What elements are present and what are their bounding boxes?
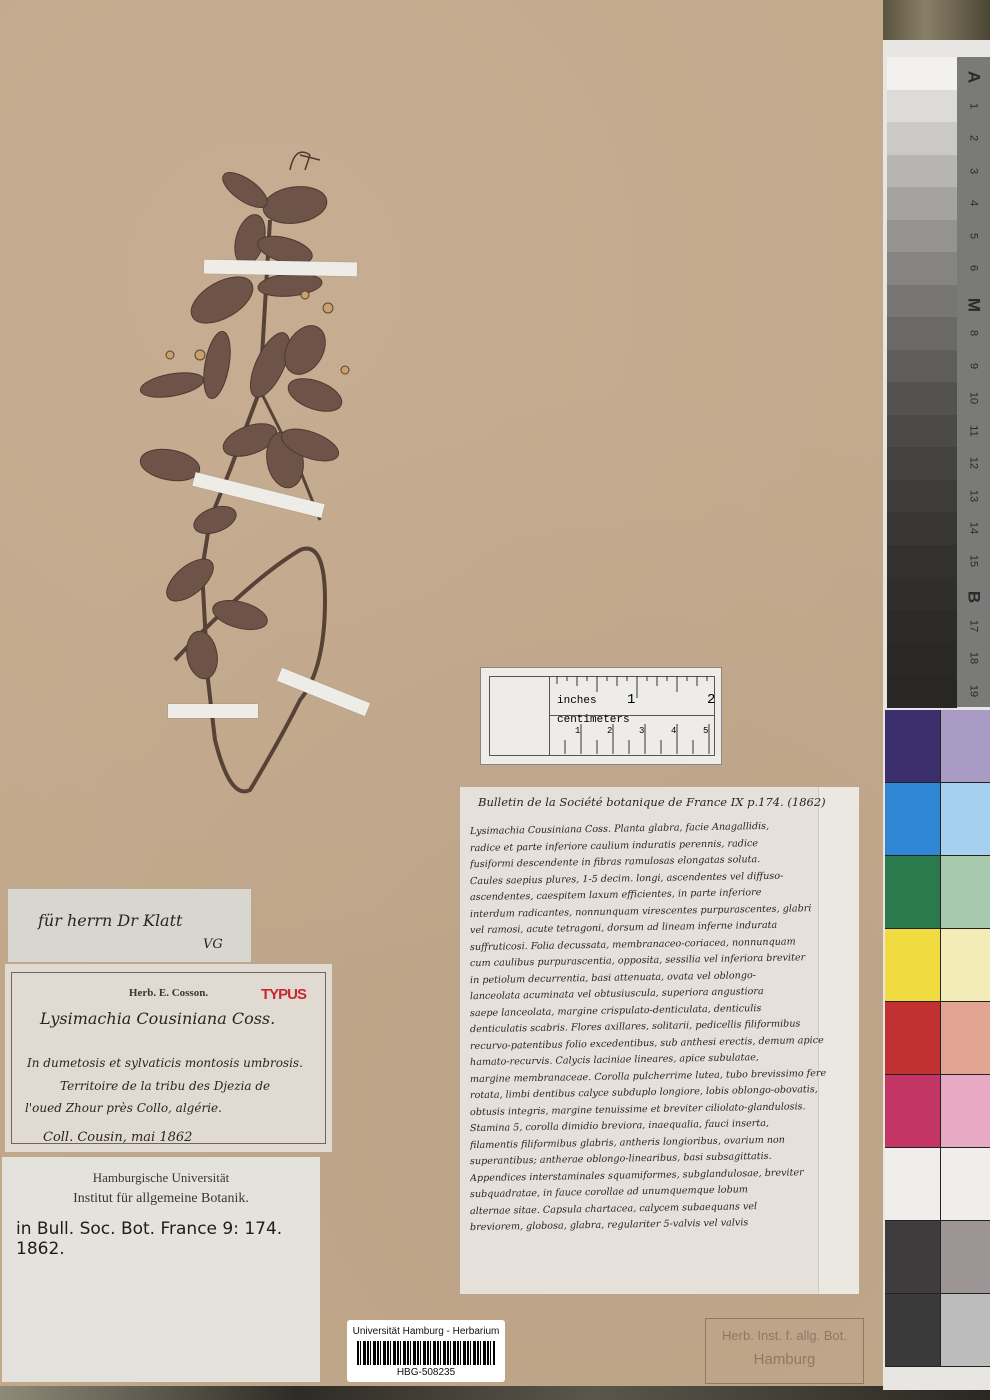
gray-scale-label: 2 — [968, 122, 980, 155]
color-patch-left — [885, 710, 941, 783]
mounting-tape — [168, 704, 258, 718]
gray-step-patch — [887, 285, 957, 318]
color-patch-right — [941, 856, 990, 929]
barcode-title: Universität Hamburg - Herbarium — [347, 1326, 505, 1337]
cosson-label: Herb. E. Cosson. TYPUS Lysimachia Cousin… — [5, 964, 332, 1152]
locality-line-3: l'oued Zhour près Collo, algérie. — [25, 1101, 222, 1115]
description-sheet: Bulletin de la Société botanique de Fran… — [460, 787, 858, 1294]
color-patch-left — [885, 783, 941, 856]
color-patch-left — [885, 1221, 941, 1294]
gray-step-patch — [887, 382, 957, 415]
gray-step-patch — [887, 350, 957, 383]
stamp-line-1: Herb. Inst. f. allg. Bot. — [706, 1324, 863, 1348]
gray-scale-label: 10 — [968, 382, 980, 415]
gray-scale-label: 11 — [968, 414, 980, 447]
gray-scale-label: 14 — [968, 512, 980, 545]
gray-scale-label: 18 — [968, 642, 980, 675]
centimeters-label: centimeters — [557, 714, 630, 726]
color-patch-right — [941, 1075, 990, 1148]
gray-step-patch — [887, 480, 957, 513]
description-title: Bulletin de la Société botanique de Fran… — [478, 795, 826, 809]
scanner-background-bottom — [0, 1386, 990, 1400]
gray-scale-label: 13 — [968, 479, 980, 512]
gray-step-patch — [887, 512, 957, 545]
color-patch-right — [941, 1221, 990, 1294]
barcode-label: Universität Hamburg - Herbarium HBG-5082… — [347, 1320, 505, 1382]
gray-step-patch — [887, 415, 957, 448]
gray-scale-label: 6 — [968, 252, 980, 285]
gray-step-patch — [887, 90, 957, 123]
cm-tick-5: 5 — [703, 726, 708, 736]
gray-step-patch — [887, 155, 957, 188]
inch-tick-2: 2 — [707, 692, 715, 708]
color-patch-right — [941, 1148, 990, 1221]
note-label: für herrn Dr Klatt VG — [8, 889, 251, 962]
color-patch-left — [885, 1002, 941, 1075]
color-patch-right — [941, 1002, 990, 1075]
gray-step-patch — [887, 187, 957, 220]
note-initials: VG — [203, 937, 223, 952]
color-patch-left — [885, 1148, 941, 1221]
gray-scale-label: 15 — [968, 544, 980, 577]
note-text: für herrn Dr Klatt — [38, 911, 182, 930]
mounting-tape — [204, 260, 357, 277]
barcode-id: HBG-508235 — [347, 1367, 505, 1378]
scanner-background — [883, 0, 990, 40]
gray-step-patch — [887, 447, 957, 480]
color-patch-left — [885, 929, 941, 1002]
gray-scale-label: 9 — [968, 349, 980, 382]
color-patch-right — [941, 710, 990, 783]
cm-tick-1: 1 — [575, 726, 580, 736]
gray-step-patch — [887, 317, 957, 350]
gray-scale-label: 5 — [968, 219, 980, 252]
locality-line-1: In dumetosis et sylvaticis montosis umbr… — [27, 1056, 303, 1070]
locality-line-2: Territoire de la tribu des Djezia de — [60, 1079, 270, 1093]
cm-tick-3: 3 — [639, 726, 644, 736]
color-patch-right — [941, 929, 990, 1002]
cm-tick-2: 2 — [607, 726, 612, 736]
university-name: Hamburgische Universität — [2, 1170, 320, 1186]
gray-step-patch — [887, 675, 957, 708]
collector-date: Coll. Cousin, mai 1862 — [43, 1130, 192, 1145]
scale-ruler: inches 1 2 centimeters 1 2 3 4 5 — [480, 667, 722, 765]
gray-step-patch — [887, 545, 957, 578]
institute-label: Hamburgische Universität Institut für al… — [2, 1157, 320, 1382]
gray-scale-label: 8 — [968, 317, 980, 350]
gray-scale-label: 12 — [968, 447, 980, 480]
color-patch-right — [941, 783, 990, 856]
institute-name: Institut für allgemeine Botanik. — [2, 1191, 320, 1207]
gray-scale-labels: A123456M89101112131415B171819 — [957, 57, 990, 707]
color-patch-left — [885, 1294, 941, 1367]
gray-step-patch — [887, 252, 957, 285]
gray-step-patch — [887, 642, 957, 675]
typus-stamp: TYPUS — [261, 986, 306, 1003]
gray-step-patch — [887, 57, 957, 90]
gray-step-patch — [887, 610, 957, 643]
gray-scale-label: 4 — [968, 187, 980, 220]
gray-scale-label: 17 — [968, 609, 980, 642]
gray-scale-label: 3 — [968, 154, 980, 187]
color-patch-left — [885, 856, 941, 929]
gray-scale-label: 1 — [968, 89, 980, 122]
inch-tick-1: 1 — [627, 692, 635, 708]
gray-scale-label: 19 — [968, 674, 980, 707]
taxon-name: Lysimachia Cousiniana Coss. — [40, 1009, 275, 1028]
barcode-icon — [357, 1341, 495, 1365]
publication-reference: in Bull. Soc. Bot. France 9: 174. 1862. — [16, 1219, 320, 1259]
gray-step-patch — [887, 577, 957, 610]
gray-step-patch — [887, 220, 957, 253]
color-patch-right — [941, 1294, 990, 1367]
description-body: Lysimachia Cousiniana Coss. Planta glabr… — [470, 821, 830, 1234]
inches-label: inches — [557, 695, 597, 707]
cm-tick-4: 4 — [671, 726, 676, 736]
color-patch-left — [885, 1075, 941, 1148]
herbarium-stamp: Herb. Inst. f. allg. Bot. Hamburg — [705, 1318, 864, 1384]
gray-step-patch — [887, 122, 957, 155]
stamp-line-2: Hamburg — [706, 1348, 863, 1372]
